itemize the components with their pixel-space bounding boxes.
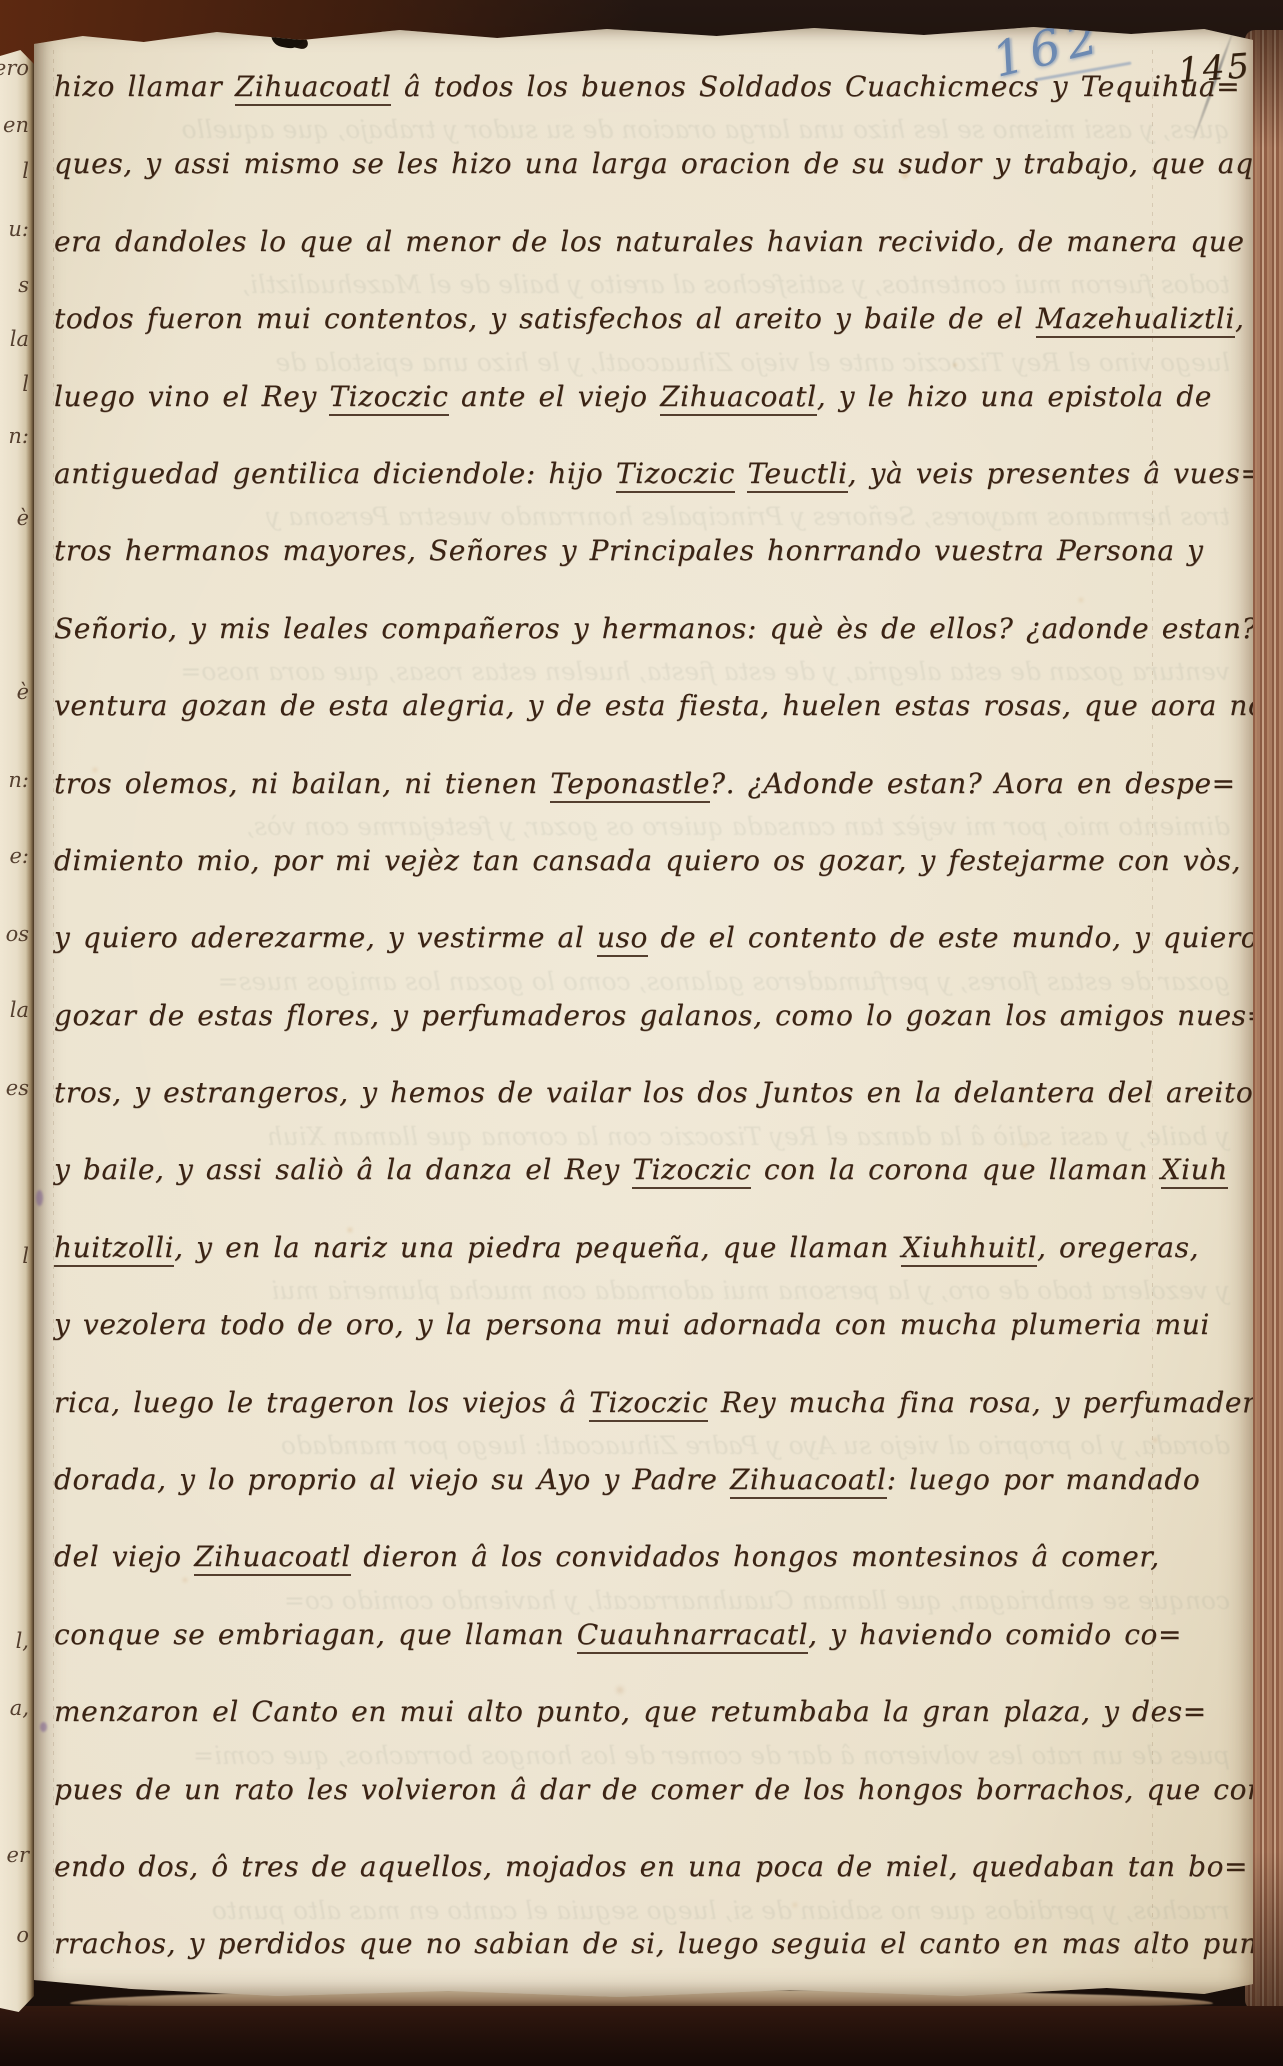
underlined-word: Xiuhhuitl — [901, 1231, 1037, 1267]
manuscript-line: hizo llamar Zihuacoatl â todos los bueno… — [54, 48, 1249, 125]
gutter-text-fragment: è — [17, 506, 29, 530]
gutter-text-fragment: n: — [8, 424, 29, 448]
gutter-text-fragment: l — [22, 372, 29, 396]
manuscript-line: gozar de estas flores, y perfumaderos ga… — [54, 977, 1249, 1054]
underlined-word: uso — [597, 921, 648, 957]
underlined-word: huitzolli — [54, 1231, 174, 1267]
gutter-text-fragment: e: — [9, 844, 29, 868]
underlined-word: Zihuacoatl — [730, 1463, 887, 1499]
manuscript-line: y quiero aderezarme, y vestirme al uso d… — [54, 899, 1249, 976]
text-block: hizo llamar Zihuacoatl â todos los bueno… — [54, 48, 1249, 1983]
underlined-word: Cuauhnarracatl — [577, 1618, 808, 1654]
purple-ink-smudge — [40, 1722, 47, 1732]
gutter-text-fragment: l — [22, 159, 29, 183]
gutter-text-fragment: l, — [16, 1629, 29, 1653]
manuscript-line: Señorio, y mis leales compañeros y herma… — [54, 590, 1249, 667]
manuscript-line: todos fueron mui contentos, y satisfecho… — [54, 280, 1249, 357]
manuscript-line: era dandoles lo que al menor de los natu… — [54, 203, 1249, 280]
underlined-word: Mazehualiztli — [1036, 302, 1235, 338]
underlined-word: Zihuacoatl — [660, 380, 817, 416]
manuscript-line: y vezolera todo de oro, y la persona mui… — [54, 1286, 1249, 1363]
underlined-word: Xiuh — [1161, 1153, 1228, 1189]
manuscript-line: tros olemos, ni bailan, ni tienen Tepona… — [54, 745, 1249, 822]
underlined-word: Zihuacoatl — [194, 1540, 351, 1576]
underlined-word: Zihuacoatl — [235, 70, 392, 106]
gutter-text-fragment: er — [7, 1843, 29, 1867]
manuscript-line: ventura gozan de esta alegria, y de esta… — [54, 667, 1249, 744]
previous-page-edge: eroenlu:slaln:èèn:e:oslaesll,a,ero — [0, 50, 34, 2012]
manuscript-line: dorada, y lo proprio al viejo su Ayo y P… — [54, 1441, 1249, 1518]
manuscript-line: luego vino el Rey Tizoczic ante el viejo… — [54, 358, 1249, 435]
underlined-word: Tizoczic — [589, 1386, 708, 1422]
underlined-word: Teponastle — [550, 767, 710, 803]
underlined-word: Tizoczic — [632, 1153, 751, 1189]
manuscript-line: rica, luego le trageron los viejos â Tiz… — [54, 1364, 1249, 1441]
manuscript-scan: eroenlu:slaln:èèn:e:oslaesll,a,ero 162 1… — [0, 0, 1283, 2066]
book-cover-bottom — [0, 2006, 1283, 2066]
manuscript-line: ques, y assi mismo se les hizo una larga… — [54, 125, 1249, 202]
manuscript-line: antiguedad gentilica diciendole: hijo Ti… — [54, 435, 1249, 512]
gutter-text-fragment: a, — [10, 1696, 29, 1720]
gutter-text-fragment: es — [6, 1076, 29, 1100]
manuscript-line: huitzolli, y en la nariz una piedra pequ… — [54, 1209, 1249, 1286]
purple-ink-smudge — [36, 1190, 43, 1206]
manuscript-line: tros, y estrangeros, y hemos de vailar l… — [54, 1054, 1249, 1131]
gutter-text-fragment: n: — [8, 768, 29, 792]
gutter-text-fragment: la — [10, 327, 29, 351]
manuscript-line: del viejo Zihuacoatl dieron â los convid… — [54, 1518, 1249, 1595]
manuscript-line: menzaron el Canto en mui alto punto, que… — [54, 1673, 1249, 1750]
manuscript-line: tros hermanos mayores, Señores y Princip… — [54, 512, 1249, 589]
gutter-text-fragment: l — [22, 1244, 29, 1268]
manuscript-page: 162 145. hizo llamar Zihuacoatl â todos … — [34, 24, 1253, 1998]
manuscript-line: conque se embriagan, que llaman Cuauhnar… — [54, 1596, 1249, 1673]
manuscript-line: dimiento mio, por mi vejèz tan cansada q… — [54, 822, 1249, 899]
manuscript-line: y baile, y assi saliò â la danza el Rey … — [54, 1131, 1249, 1208]
gutter-text-fragment: o — [16, 1923, 29, 1947]
gutter-text-fragment: ero — [0, 56, 29, 80]
gutter-text-fragment: s — [18, 273, 29, 297]
underlined-word: Tizoczic — [616, 457, 735, 493]
manuscript-line: rrachos, y perdidos que no sabian de si,… — [54, 1905, 1249, 1982]
gutter-text-fragment: os — [6, 922, 29, 946]
gutter-text-fragment: en — [3, 113, 29, 137]
underlined-word: Teuctli — [747, 457, 847, 493]
manuscript-line: pues de un rato les volvieron â dar de c… — [54, 1751, 1249, 1828]
gutter-text-fragment: la — [10, 998, 29, 1022]
manuscript-line: endo dos, ô tres de aquellos, mojados en… — [54, 1828, 1249, 1905]
gutter-text-fragment: è — [17, 680, 29, 704]
gutter-text-fragment: u: — [8, 217, 29, 241]
underlined-word: Tizoczic — [329, 380, 448, 416]
